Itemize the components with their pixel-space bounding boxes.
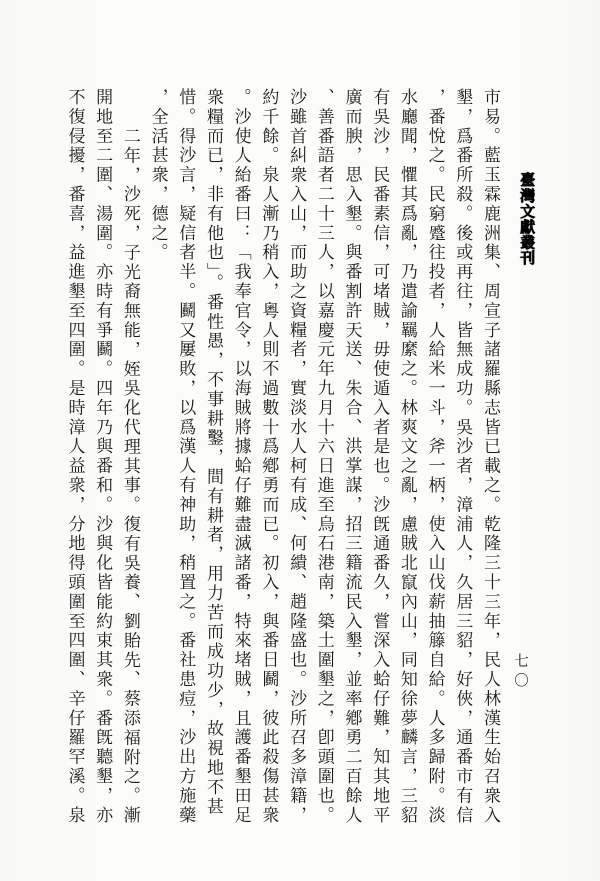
text-column: 。沙使人紿番曰：「我奉官令，以海賊將據蛤仔難盡滅諸番，特來堵賊，且護番墾田足 (226, 88, 254, 830)
text-column: ，全活甚衆，德之。 (143, 88, 171, 830)
text-column: 墾，爲番所殺。後或再往，皆無成功。吳沙者，漳浦人，久居三貂，好俠，通番市有信 (448, 88, 476, 830)
text-column: ，番悅之。民窮蹙往投者，人給米一斗，斧一柄，使入山伐薪抽籐自給。人多歸附。淡 (420, 88, 448, 830)
text-column: 水廳聞，懼其爲亂，乃遣諭羈縻之。林爽文之亂，慮賊北竄內山，同知徐夢麟言，三貂 (392, 88, 420, 830)
running-title: 臺灣文獻叢刊 (517, 172, 538, 266)
text-column: 不復侵擾，番喜，益進墾至四圍。是時漳人益衆，分地得頭圍至四圍、辛仔羅罕溪。泉 (60, 88, 88, 830)
page-number: 七〇 (510, 653, 531, 692)
text-column: 市易。藍玉霖鹿洲集、周宣子諸羅縣志皆已載之。乾隆三十三年，民人林漢生始召衆入 (475, 88, 503, 830)
text-column: 衆糧而已，非有他也」。番性愚，不事耕鑿，間有耕者，用力苦而成功少，故視地不甚 (198, 88, 226, 830)
text-column: 惜。得沙言，疑信者半。鬬又屢敗，以爲漢人有神助，稍置之。番社患痘，沙出方施藥 (171, 88, 199, 830)
scanned-book-page: 臺灣文獻叢刊 七〇 市易。藍玉霖鹿洲集、周宣子諸羅縣志皆已載之。乾隆三十三年，民… (0, 0, 600, 881)
text-column: 、善番語者二十三人，以嘉慶元年九月十六日進至烏石港南，築土圍墾之，卽頭圍也。 (309, 88, 337, 830)
text-column: 開地至二圍、湯圍。亦時有爭鬬。四年乃與番和。沙與化皆能約束其衆。番旣聽墾，亦 (87, 88, 115, 830)
text-column: 有吳沙，民番素信，可堵賊，毋使遁入者是也。沙旣通番久，嘗深入蛤仔難，知其地平 (364, 88, 392, 830)
text-column: 廣而腴，思入墾。與番割許天送、朱合、洪掌謀，招三籍流民入墾，並率鄕勇二百餘人 (337, 88, 365, 830)
text-column: 沙雖首糾衆入山，而助之資糧者，實淡水人柯有成、何繢、趙隆盛也。沙所召多漳籍， (281, 88, 309, 830)
text-columns: 市易。藍玉霖鹿洲集、周宣子諸羅縣志皆已載之。乾隆三十三年，民人林漢生始召衆入墾，… (60, 88, 503, 830)
text-column: 約千餘。泉人漸乃稍入，粵人則不過數十爲鄕勇而已。初入，與番日鬬，彼此殺傷甚衆 (254, 88, 282, 830)
text-column: 二年，沙死，子光裔無能，姪吳化代理其事。復有吳養、劉貽先、蔡添福附之。漸 (115, 88, 143, 830)
